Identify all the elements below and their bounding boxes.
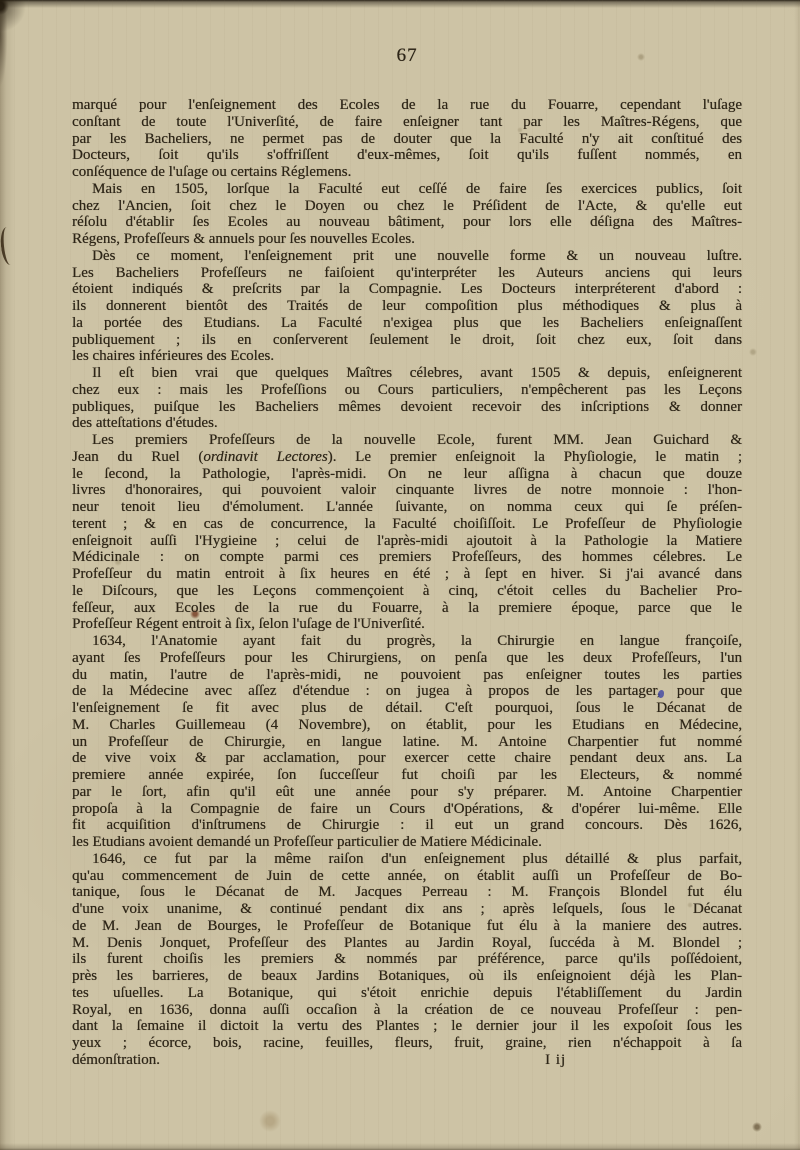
paragraph: marqué pour l'enſeignement des Ecoles de… (72, 97, 742, 181)
paragraph: Il eſt bien vrai que quelques Maîtres cé… (72, 365, 742, 432)
text-line: enſeignoit auſſi l'Hygieine ; celui de l… (72, 533, 742, 550)
text-line: terent ; & en cas de concurrence, la Fac… (72, 516, 742, 533)
text-line: du matin, l'autre de l'après-midi, ne po… (72, 667, 742, 684)
text-line: Dès ce moment, l'enſeignement prit une n… (72, 248, 742, 265)
text-line: dant la ſemaine il dictoit la vertu des … (72, 1018, 742, 1035)
text-line: de la Médecine avec aſſez d'étendue : on… (72, 683, 742, 700)
text-line: la portée des Etudians. La Faculté n'exi… (72, 315, 742, 332)
text-line: un Profeſſeur de Chirurgie, en langue la… (72, 734, 742, 751)
text-line: par les Bacheliers, ne permet pas de dou… (72, 131, 742, 148)
text-line: ils furent choiſis les premiers & nommés… (72, 951, 742, 968)
text-line: de M. Jean de Bourges, le Profeſſeur de … (72, 918, 742, 935)
text-line: tanique, ſous le Décanat de M. Jacques P… (72, 884, 742, 901)
text-line: des atteſtations d'études. (72, 415, 742, 432)
text-line: publiques, puiſque les Bacheliers mêmes … (72, 399, 742, 416)
text-line: étoient indiqués & preſcrits par la Comp… (72, 281, 742, 298)
text-line: fit acquiſition d'inſtrumens de Chirurgi… (72, 817, 742, 834)
text-line: Docteurs, ſoit qu'ils s'offriſſent d'eux… (72, 147, 742, 164)
text-line: démonſtration. (72, 1052, 742, 1069)
paragraph: Mais en 1505, lorſque la Faculté eut ceſ… (72, 181, 742, 248)
text-line: Il eſt bien vrai que quelques Maîtres cé… (72, 365, 742, 382)
text-line: Mais en 1505, lorſque la Faculté eut ceſ… (72, 181, 742, 198)
text-line: feſſeur, aux Ecoles de la rue du Fouarre… (72, 600, 742, 617)
signature-mark: I ij (545, 1052, 566, 1069)
text-line: marqué pour l'enſeignement des Ecoles de… (72, 97, 742, 114)
text-line: par le ſort, afin qu'il eût une année po… (72, 784, 742, 801)
text-line: Médicinale : on compte parmi ces premier… (72, 549, 742, 566)
text-line: les Etudians avoient demandé un Profeſſe… (72, 834, 742, 851)
text-line: Les premiers Profeſſeurs de la nouvelle … (72, 432, 742, 449)
text-line: qu'au commencement de Juin de cette anné… (72, 868, 742, 885)
text-line: conſéquence de l'uſage ou certains Régle… (72, 164, 742, 181)
text-line: près les barrieres, de beaux Jardins Bot… (72, 968, 742, 985)
text-line: Jean du Ruel (ordinavit Lectores). Le pr… (72, 449, 742, 466)
text-line: Profeſſeur du matin entroit à ſix heures… (72, 566, 742, 583)
text-block: I ij marqué pour l'enſeignement des Ecol… (72, 97, 742, 1069)
text-line: réſolu d'établir ſes Ecoles au nouveau b… (72, 214, 742, 231)
text-line: le ſecond, la Pathologie, l'après-midi. … (72, 466, 742, 483)
text-line: conſtant de toute l'Univerſité, de faire… (72, 114, 742, 131)
text-line: livres d'honoraires, qui pouvoient valoi… (72, 482, 742, 499)
text-line: 1646, ce fut par la même raiſon d'un enſ… (72, 851, 742, 868)
text-line: l'enſeignement ſe fit avec plus de détai… (72, 700, 742, 717)
paragraph: Les premiers Profeſſeurs de la nouvelle … (72, 432, 742, 633)
text-line: ayant ſes Profeſſeurs pour les Chirurgie… (72, 650, 742, 667)
text-line: M. Charles Guillemeau (4 Novembre), on é… (72, 717, 742, 734)
text-line: de vive voix & par acclamation, pour exe… (72, 750, 742, 767)
text-line: M. Denis Jonquet, Profeſſeur des Plantes… (72, 935, 742, 952)
text-line: le Diſcours, que les Leçons commençoient… (72, 583, 742, 600)
text-line: chez eux : mais les Profeſſions ou Cours… (72, 382, 742, 399)
text-line: ils donnerent bientôt des Traités de leu… (72, 298, 742, 315)
text-line: Profeſſeur Régent entroit à ſix, ſelon l… (72, 616, 742, 633)
page-number: 67 (72, 45, 742, 67)
text-line: publiquement ; ils en conſerverent ſeule… (72, 332, 742, 349)
paragraph: 1634, l'Anatomie ayant fait du progrès, … (72, 633, 742, 851)
text-line: Les Bacheliers Profeſſeurs ne faiſoient … (72, 265, 742, 282)
text-line: neur tenoit lieu d'émolument. L'année ſu… (72, 499, 742, 516)
text-line: yeux ; écorce, bois, racine, feuilles, f… (72, 1035, 742, 1052)
left-margin-flaw (0, 226, 18, 265)
text-line: tes uſuelles. La Botanique, qui s'étoit … (72, 985, 742, 1002)
text-line: les chaires inférieures des Ecoles. (72, 348, 742, 365)
text-line: propoſa à la Compagnie de faire un Cours… (72, 801, 742, 818)
text-line: premiere année expirée, ſon ſucceſſeur f… (72, 767, 742, 784)
text-line: Royal, en 1636, donna auſſi occaſion à l… (72, 1002, 742, 1019)
paragraph: 1646, ce fut par la même raiſon d'un enſ… (72, 851, 742, 1069)
paragraph: Dès ce moment, l'enſeignement prit une n… (72, 248, 742, 365)
text-line: Régens, Profeſſeurs & annuels pour ſes n… (72, 231, 742, 248)
text-line: 1634, l'Anatomie ayant fait du progrès, … (72, 633, 742, 650)
text-line: chez l'Ancien, ſoit chez le Doyen ou che… (72, 198, 742, 215)
text-line: d'une voix unanime, & continué pendant d… (72, 901, 742, 918)
